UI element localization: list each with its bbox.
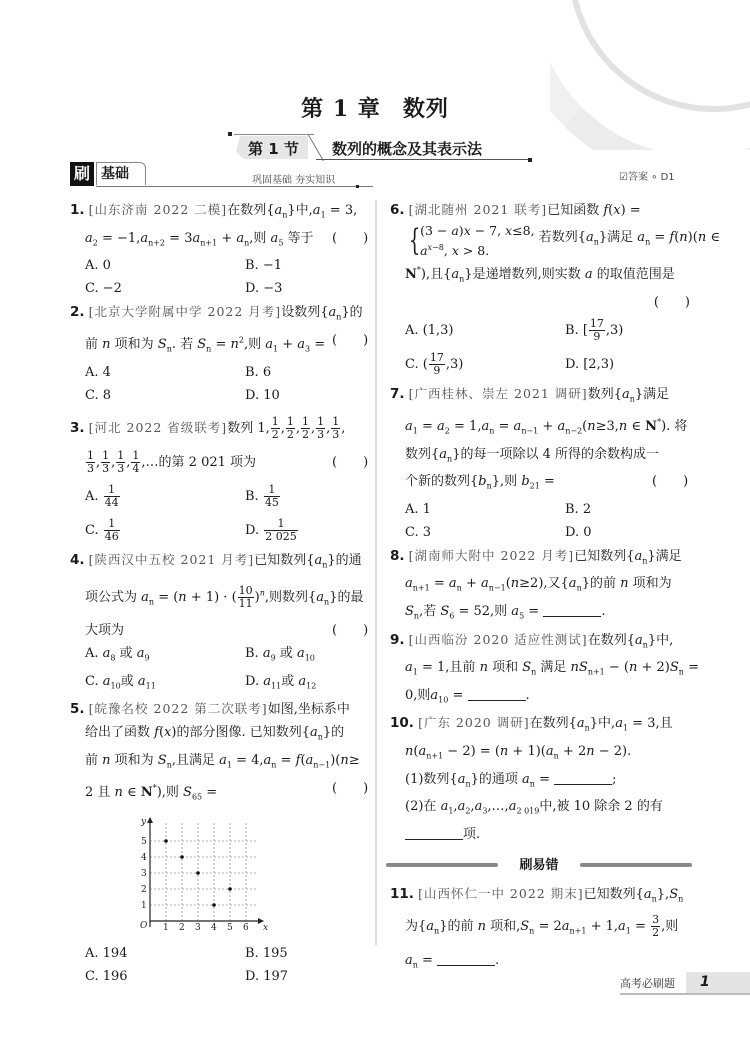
option: B. 195 [245, 942, 385, 965]
error-prone-section-header: 刷易错 [386, 854, 692, 876]
page-number: 1 [700, 974, 710, 990]
option: A. 4 [85, 361, 245, 384]
chapter-number: 第 1 章 [301, 96, 381, 122]
answer-blank[interactable] [405, 825, 463, 840]
option: D. 197 [245, 965, 385, 988]
shua-badge-icon: 刷 [70, 162, 94, 186]
section-name: 数列的概念及其表示法 [332, 138, 482, 159]
svg-text:4: 4 [211, 923, 217, 930]
svg-text:x: x [263, 923, 268, 930]
column-divider [375, 200, 377, 945]
option-c: C. a10或 a11 [85, 670, 245, 698]
answer-blank[interactable] [468, 686, 526, 701]
section-header: 第 1 节 数列的概念及其表示法 [228, 132, 534, 162]
basic-practice-header: 刷 基础 巩固基础 夯实知识 [70, 160, 360, 190]
svg-text:5: 5 [227, 923, 233, 930]
question-8: 8. [湖南师大附中 2022 月考]已知数列{an}满足 an+1 = an … [390, 544, 690, 628]
option: A. 0 [85, 254, 245, 277]
basic-label: 基础 [96, 162, 146, 185]
option: B. 2 [565, 498, 705, 521]
svg-text:2: 2 [141, 885, 147, 895]
option: D. −3 [245, 277, 385, 300]
answer-blank[interactable] [554, 770, 612, 785]
option-a: A. a8 或 a9 [85, 642, 245, 670]
option-c: C. (179,3) [405, 348, 565, 382]
option: B. −1 [245, 254, 385, 277]
svg-text:3: 3 [195, 923, 201, 930]
question-9: 9. [山西临汾 2020 适应性测试]在数列{an}中, a1 = 1,且前 … [390, 628, 690, 712]
chapter-name: 数列 [403, 96, 449, 122]
answer-blank[interactable] [543, 602, 601, 617]
option: A. (1,3) [405, 314, 565, 348]
svg-text:y: y [140, 817, 147, 827]
svg-text:2: 2 [179, 923, 185, 930]
svg-text:1: 1 [141, 901, 147, 911]
option: C. 3 [405, 521, 565, 544]
option: C. −2 [85, 277, 245, 300]
left-column: 1. [山东济南 2022 二模]在数列{an}中,a1 = 3, a2 = −… [70, 198, 370, 988]
option-d: D. 12 025 [245, 514, 385, 548]
option-b: B. [179,3) [565, 314, 705, 348]
question-2: 2. [北京大学附属中学 2022 月考]设数列{an}的 前 n 项和为 Sn… [70, 300, 370, 407]
option: A. 1 [405, 498, 565, 521]
section-number: 第 1 节 [248, 138, 299, 159]
answer-reference: ☑答案 ∘ D1 [619, 168, 675, 183]
chapter-title: 第 1 章数列 [0, 92, 750, 123]
question-3: 3. [河北 2022 省级联考]数列 1,12,12,12,13,13, 13… [70, 411, 370, 548]
option: A. 194 [85, 942, 245, 965]
question-10: 10. [广东 2020 调研]在数列{an}中,a1 = 3,且 n(an+1… [390, 711, 690, 845]
question-1: 1. [山东济南 2022 二模]在数列{an}中,a1 = 3, a2 = −… [70, 198, 370, 300]
option: B. 6 [245, 361, 385, 384]
svg-text:5: 5 [141, 837, 147, 847]
function-graph: O 123 456 x 123 45 y [140, 815, 270, 930]
question-4: 4. [陕西汉中五校 2021 月考]已知数列{an}的通 项公式为 an = … [70, 548, 370, 698]
option-b: B. 145 [245, 480, 385, 514]
svg-text:6: 6 [243, 923, 249, 930]
option: D. [2,3) [565, 348, 705, 382]
right-column: 6. [湖北随州 2021 联考]已知函数 f(x) = {(3 − a)x −… [390, 198, 690, 977]
slogan: 巩固基础 夯实知识 [252, 171, 335, 186]
question-5: 5. [皖豫名校 2022 第二次联考]如图,坐标系中 给出了函数 f(x)的部… [70, 697, 370, 987]
question-6: 6. [湖北随州 2021 联考]已知函数 f(x) = {(3 − a)x −… [390, 198, 690, 382]
option: D. 10 [245, 384, 385, 407]
question-7: 7. [广西桂林、崇左 2021 调研]数列{an}满足 a1 = a2 = 1… [390, 382, 690, 544]
answer-blank[interactable] [437, 951, 495, 966]
option: D. 0 [565, 521, 705, 544]
option-a: A. 144 [85, 480, 245, 514]
page-footer: 高考必刷题 1 [620, 972, 750, 994]
decorative-brush-stroke [550, 0, 750, 150]
option: C. 196 [85, 965, 245, 988]
svg-text:1: 1 [163, 923, 169, 930]
svg-text:3: 3 [141, 869, 147, 879]
option-b: B. a9 或 a10 [245, 642, 385, 670]
svg-text:4: 4 [141, 853, 147, 863]
option-d: D. a11或 a12 [245, 670, 385, 698]
question-11: 11. [山西怀仁一中 2022 期末]已知数列{an},Sn 为{an}的前 … [390, 882, 690, 977]
book-title: 高考必刷题 [620, 975, 675, 991]
option-c: C. 146 [85, 514, 245, 548]
svg-text:O: O [140, 921, 148, 930]
option: C. 8 [85, 384, 245, 407]
